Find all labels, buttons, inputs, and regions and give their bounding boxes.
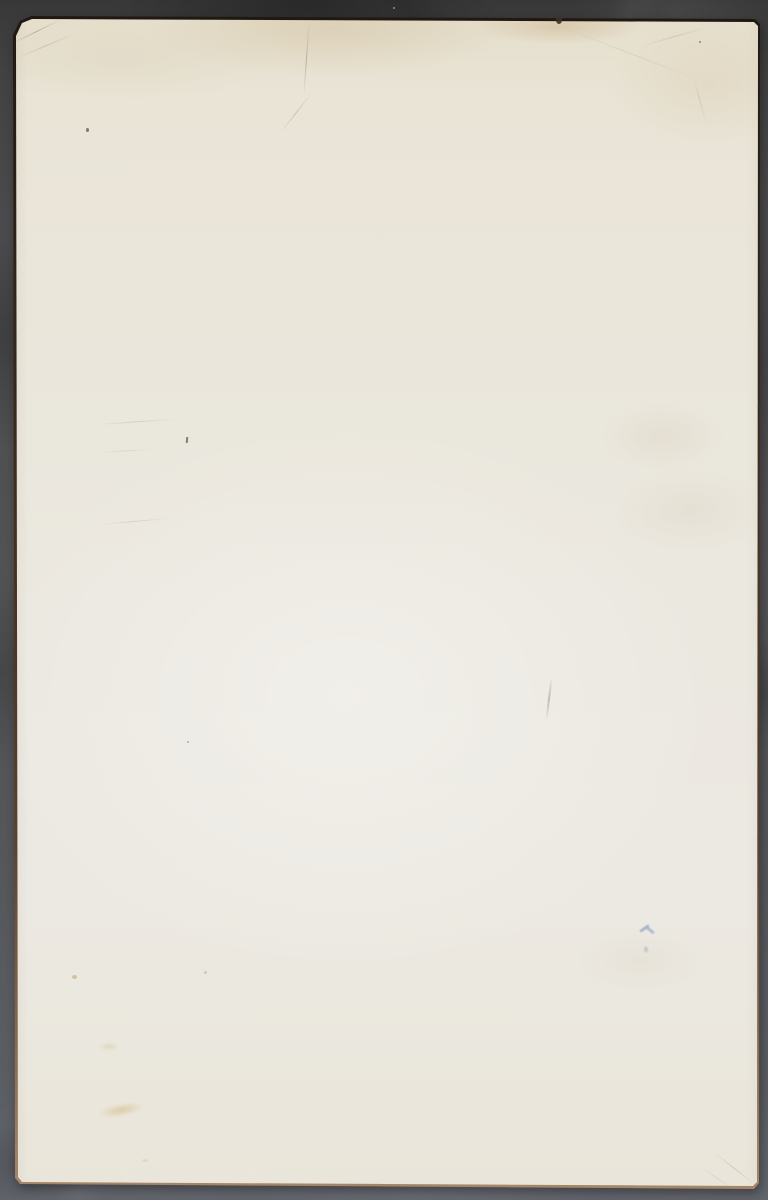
blue-ink-smudge — [642, 944, 650, 955]
foxing-stain-lower-left-large — [91, 1097, 151, 1123]
foxing-spot-3 — [140, 1158, 150, 1163]
left-side-crease — [96, 449, 154, 453]
foxing-spot-1 — [72, 975, 77, 979]
fine-scratch — [545, 677, 552, 721]
dark-tick-left-center — [186, 437, 188, 443]
top-center-crease — [303, 22, 309, 96]
blue-ink-smudge — [646, 927, 655, 935]
tiny-speck-mid-left — [187, 741, 189, 743]
blue-ink-smudge — [639, 924, 650, 933]
top-right-crease — [640, 26, 709, 47]
card — [0, 0, 768, 1200]
left-side-crease — [98, 419, 176, 425]
dark-speck-upper-left — [86, 128, 89, 132]
foxing-spot-2 — [204, 971, 207, 974]
foxing-stain-lower-left-small — [96, 1042, 122, 1051]
top-center-crease — [280, 92, 313, 134]
card-back — [0, 0, 768, 1200]
photo-canvas — [0, 0, 768, 1200]
top-right-crease — [694, 78, 707, 123]
left-side-crease — [99, 518, 171, 525]
